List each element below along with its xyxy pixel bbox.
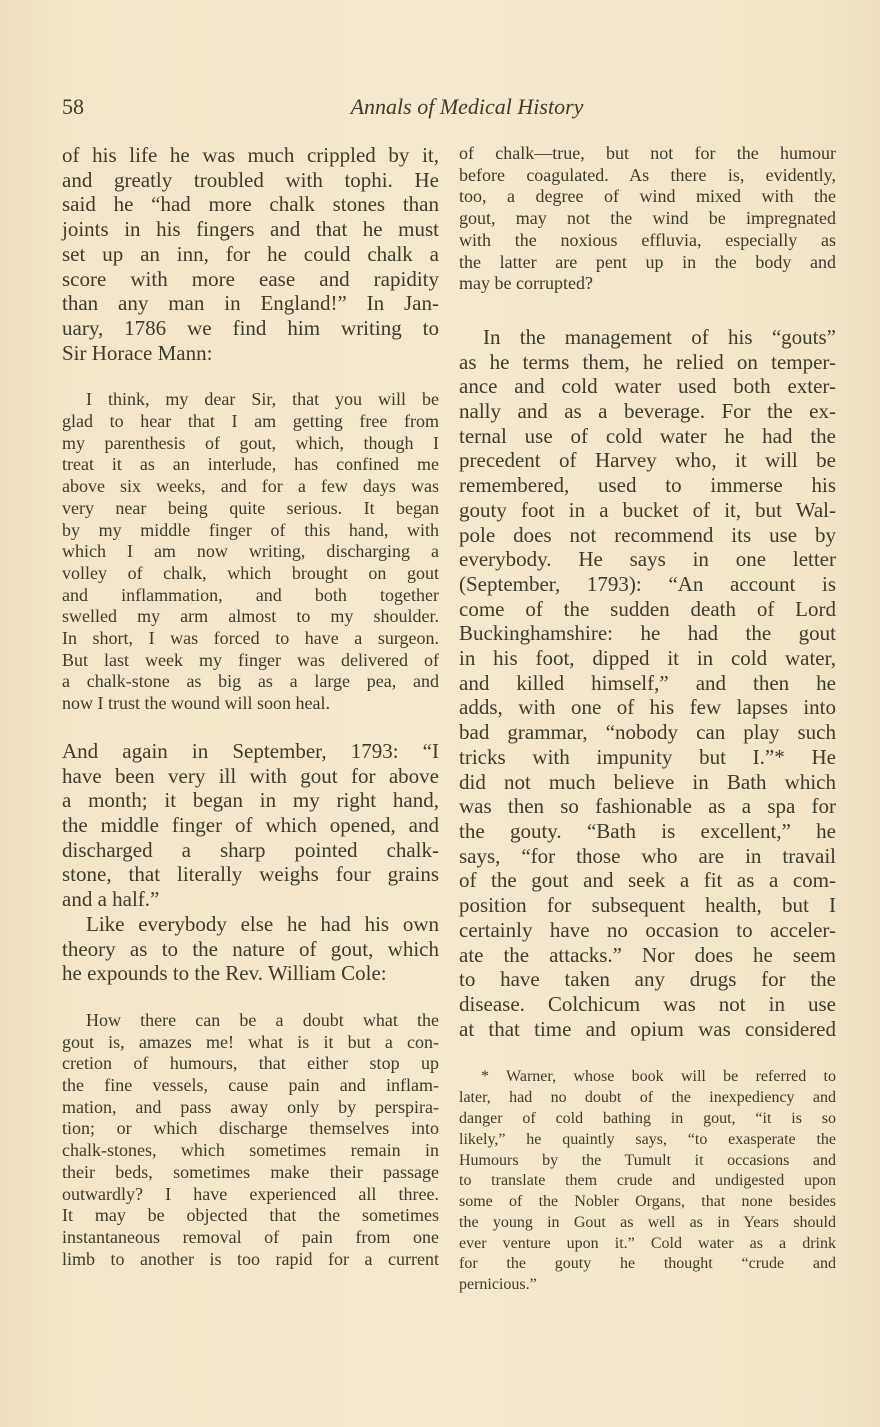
text-line: glad to hear that I am getting free from: [62, 411, 439, 433]
text-line: swelled my arm almost to my shoulder.: [62, 606, 439, 628]
extract-quote-2-continued: of chalk—true, but not for the humour be…: [459, 143, 836, 295]
text-line: tricks with impunity but I.”* He: [459, 745, 836, 770]
text-line: come of the sudden death of Lord: [459, 597, 836, 622]
text-line: later, had no doubt of the inexpediency …: [459, 1088, 836, 1109]
left-column: of his life he was much crippled by it, …: [62, 143, 439, 1270]
text-line: pole does not recommend its use by: [459, 523, 836, 548]
text-line: some of the Nobler Organs, that none bes…: [459, 1192, 836, 1213]
text-line: limb to another is too rapid for a curre…: [62, 1249, 439, 1271]
text-line: Like everybody else he had his own: [62, 912, 439, 937]
text-line: was then so fashionable as a spa for: [459, 794, 836, 819]
text-line: did not much believe in Bath which: [459, 770, 836, 795]
text-line: precedent of Harvey who, it will be: [459, 448, 836, 473]
text-line: theory as to the nature of gout, which: [62, 937, 439, 962]
text-line: the latter are pent up in the body and: [459, 252, 836, 274]
text-line: of his life he was much crippled by it,: [62, 143, 439, 168]
book-page: 58 Annals of Medical History of his life…: [0, 0, 880, 1427]
text-line: stone, that literally weighs four grains: [62, 862, 439, 887]
text-line: It may be objected that the sometimes: [62, 1205, 439, 1227]
text-line: said he “had more chalk stones than: [62, 192, 439, 217]
text-line: chalk-stones, which sometimes remain in: [62, 1140, 439, 1162]
text-line: ternal use of cold water he had the: [459, 424, 836, 449]
extract-quote-1: I think, my dear Sir, that you will be g…: [62, 389, 439, 715]
right-column: of chalk—true, but not for the humour be…: [459, 143, 836, 1296]
extract-quote-2: How there can be a doubt what the gout i…: [62, 1010, 439, 1270]
text-line: outwardly? I have experienced all three.: [62, 1184, 439, 1206]
text-line: before coagulated. As there is, evidentl…: [459, 165, 836, 187]
text-line: the middle finger of which opened, and: [62, 813, 439, 838]
text-line: than any man in England!” In Jan-: [62, 291, 439, 316]
text-line: But last week my finger was delivered of: [62, 650, 439, 672]
journal-title: Annals of Medical History: [62, 94, 842, 120]
text-line: of the gout and seek a fit as a com-: [459, 868, 836, 893]
text-line: Buckinghamshire: he had the gout: [459, 621, 836, 646]
text-line: adds, with one of his few lapses into: [459, 695, 836, 720]
text-line: cretion of humours, that either stop up: [62, 1053, 439, 1075]
text-line: he expounds to the Rev. William Cole:: [62, 961, 439, 986]
text-line: of chalk—true, but not for the humour: [459, 143, 836, 165]
footnote: * Warner, whose book will be referred to…: [459, 1067, 836, 1296]
text-line: I think, my dear Sir, that you will be: [62, 389, 439, 411]
text-line: and inflammation, and both together: [62, 585, 439, 607]
text-line: set up an inn, for he could chalk a: [62, 242, 439, 267]
text-line: and greatly troubled with tophi. He: [62, 168, 439, 193]
text-line: too, a degree of wind mixed with the: [459, 186, 836, 208]
text-line: bad grammar, “nobody can play such: [459, 720, 836, 745]
paragraph-4: In the management of his “gouts” as he t…: [459, 325, 836, 1041]
text-line: certainly have no occasion to acceler-: [459, 918, 836, 943]
paragraph-3: Like everybody else he had his own theor…: [62, 912, 439, 986]
paragraph-2: And again in September, 1793: “I have be…: [62, 739, 439, 912]
text-line: remembered, used to immerse his: [459, 473, 836, 498]
text-line: my parenthesis of gout, which, though I: [62, 433, 439, 455]
text-line: the young in Gout as well as in Years sh…: [459, 1213, 836, 1234]
text-line: the gouty. “Bath is excellent,” he: [459, 819, 836, 844]
text-line: position for subsequent health, but I: [459, 893, 836, 918]
text-line: gout is, amazes me! what is it but a con…: [62, 1032, 439, 1054]
text-line: In the management of his “gouts”: [459, 325, 836, 350]
text-line: Humours by the Tumult it occasions and: [459, 1151, 836, 1172]
text-line: ate the attacks.” Nor does he seem: [459, 943, 836, 968]
text-line: danger of cold bathing in gout, “it is s…: [459, 1109, 836, 1130]
text-line: says, “for those who are in travail: [459, 844, 836, 869]
text-line: their beds, sometimes make their passage: [62, 1162, 439, 1184]
text-line: and killed himself,” and then he: [459, 671, 836, 696]
text-line: gouty foot in a bucket of it, but Wal-: [459, 498, 836, 523]
text-line: everybody. He says in one letter: [459, 547, 836, 572]
text-line: volley of chalk, which brought on gout: [62, 563, 439, 585]
text-line: very near being quite serious. It began: [62, 498, 439, 520]
text-line: Sir Horace Mann:: [62, 341, 439, 366]
text-line: mation, and pass away only by perspira-: [62, 1097, 439, 1119]
text-line: have been very ill with gout for above: [62, 764, 439, 789]
text-line: discharged a sharp pointed chalk-: [62, 838, 439, 863]
text-line: for the gouty he thought “crude and: [459, 1254, 836, 1275]
text-line: And again in September, 1793: “I: [62, 739, 439, 764]
running-head: 58 Annals of Medical History: [62, 94, 842, 124]
text-line: to have taken any drugs for the: [459, 967, 836, 992]
text-line: pernicious.”: [459, 1275, 836, 1296]
text-line: gout, may not the wind be impregnated: [459, 208, 836, 230]
text-line: a chalk-stone as big as a large pea, and: [62, 671, 439, 693]
text-line: in his foot, dipped it in cold water,: [459, 646, 836, 671]
text-line: now I trust the wound will soon heal.: [62, 693, 439, 715]
text-line: instantaneous removal of pain from one: [62, 1227, 439, 1249]
text-line: by my middle finger of this hand, with: [62, 520, 439, 542]
paragraph-1: of his life he was much crippled by it, …: [62, 143, 439, 365]
text-line: at that time and opium was considered: [459, 1017, 836, 1042]
text-line: disease. Colchicum was not in use: [459, 992, 836, 1017]
text-line: above six weeks, and for a few days was: [62, 476, 439, 498]
text-line: with the noxious effluvia, especially as: [459, 230, 836, 252]
text-line: to translate them crude and undigested u…: [459, 1171, 836, 1192]
text-line: and a half.”: [62, 887, 439, 912]
text-line: which I am now writing, discharging a: [62, 541, 439, 563]
text-line: * Warner, whose book will be referred to: [459, 1067, 836, 1088]
text-line: uary, 1786 we find him writing to: [62, 316, 439, 341]
text-line: treat it as an interlude, has confined m…: [62, 454, 439, 476]
text-line: ance and cold water used both exter-: [459, 374, 836, 399]
text-line: tion; or which discharge themselves into: [62, 1118, 439, 1140]
text-line: the fine vessels, cause pain and inflam-: [62, 1075, 439, 1097]
text-line: How there can be a doubt what the: [62, 1010, 439, 1032]
text-line: score with more ease and rapidity: [62, 267, 439, 292]
text-line: joints in his fingers and that he must: [62, 217, 439, 242]
text-line: a month; it began in my right hand,: [62, 788, 439, 813]
text-line: nally and as a beverage. For the ex-: [459, 399, 836, 424]
text-line: ever venture upon it.” Cold water as a d…: [459, 1234, 836, 1255]
text-line: likely,” he quaintly says, “to exasperat…: [459, 1130, 836, 1151]
text-line: In short, I was forced to have a surgeon…: [62, 628, 439, 650]
text-line: (September, 1793): “An account is: [459, 572, 836, 597]
text-line: as he terms them, he relied on temper-: [459, 350, 836, 375]
text-line: may be corrupted?: [459, 273, 836, 295]
